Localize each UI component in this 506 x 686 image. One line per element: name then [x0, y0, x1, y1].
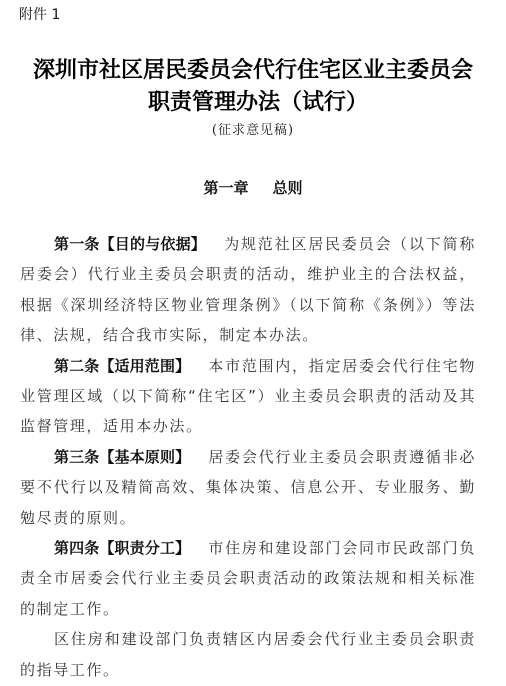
chapter-name: 总则: [273, 179, 303, 197]
article-2: 第二条【适用范围】本市范围内，指定居委会代行住宅物业管理区域（以下简称“住宅区”…: [20, 351, 476, 442]
document-title-line-2: 职责管理办法（试行）: [0, 85, 506, 116]
article-heading: 第四条【职责分工】: [54, 539, 190, 557]
chapter-heading: 第一章总则: [0, 177, 506, 198]
article-4-paragraph-2: 区住房和建设部门负责辖区内居委会代行业主委员会职责的指导工作。: [20, 624, 476, 685]
document-title-line-1: 深圳市社区居民委员会代行住宅区业主委员会: [0, 53, 506, 84]
draft-subtitle: (征求意见稿): [0, 119, 506, 138]
chapter-number: 第一章: [203, 179, 248, 197]
article-3: 第三条【基本原则】居委会代行业主委员会职责遵循非必要不代行以及精简高效、集体决策…: [20, 442, 476, 533]
article-heading: 第一条【目的与依据】: [54, 235, 206, 253]
article-heading: 第二条【适用范围】: [54, 357, 190, 375]
article-4: 第四条【职责分工】市住房和建设部门会同市民政部门负责全市居委会代行业主委员会职责…: [20, 533, 476, 624]
document-body: 第一条【目的与依据】为规范社区居民委员会（以下简称居委会）代行业主委员会职责的活…: [20, 229, 476, 685]
article-1: 第一条【目的与依据】为规范社区居民委员会（以下简称居委会）代行业主委员会职责的活…: [20, 229, 476, 351]
attachment-label: 附件 1: [19, 4, 60, 24]
article-heading: 第三条【基本原则】: [54, 448, 190, 466]
